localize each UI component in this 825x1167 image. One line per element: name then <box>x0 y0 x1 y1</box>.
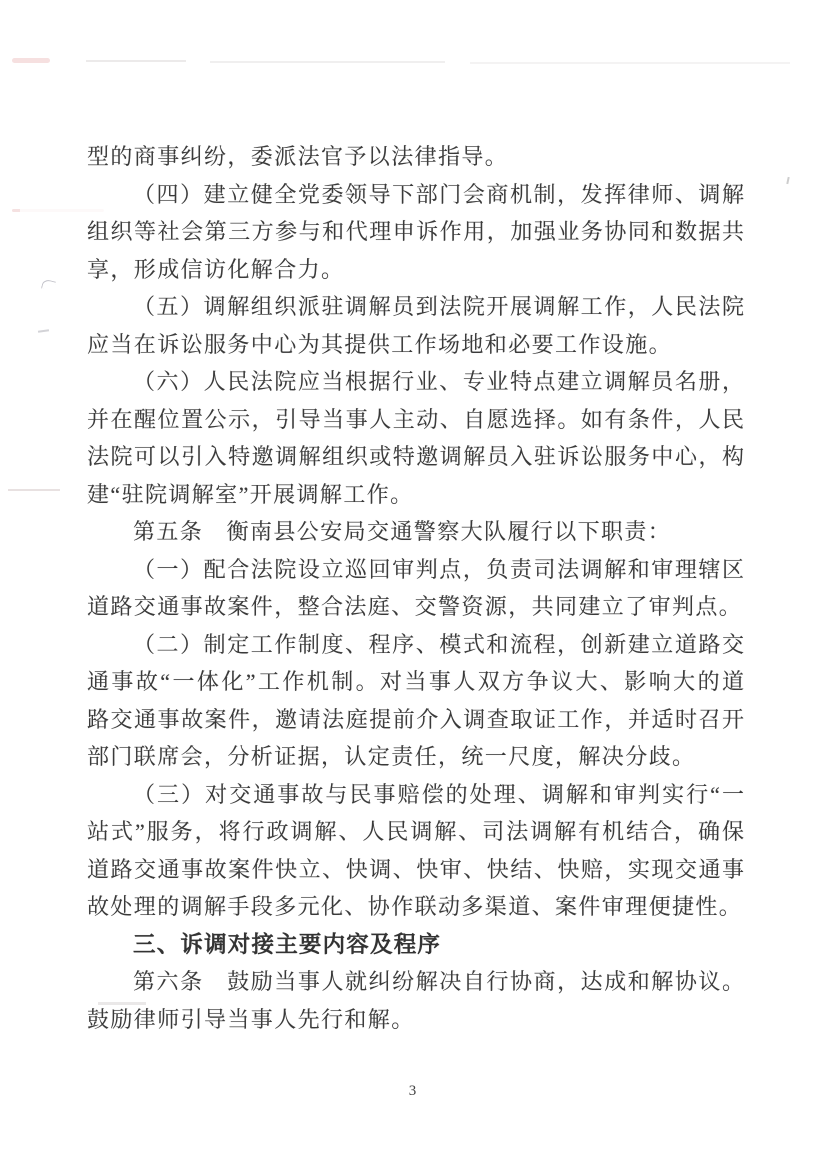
text-line: 鼓励律师引导当事人先行和解。 <box>87 1001 744 1039</box>
text-line: 法院可以引入特邀调解组织或特邀调解员入驻诉讼服务中心，构 <box>87 438 744 476</box>
text-line: （一）配合法院设立巡回审判点，负责司法调解和审理辖区 <box>87 551 744 589</box>
section-heading: 三、诉调对接主要内容及程序 <box>87 926 744 964</box>
text-line: 站式”服务，将行政调解、人民调解、司法调解有机结合，确保 <box>87 813 744 851</box>
text-line: （四）建立健全党委领导下部门会商机制，发挥律师、调解 <box>87 176 744 214</box>
scan-artifact-mark <box>38 329 49 333</box>
text-line: （三）对交通事故与民事赔偿的处理、调解和审判实行“一 <box>87 776 744 814</box>
scan-artifact-mark <box>41 279 56 292</box>
text-line: 型的商事纠纷，委派法官予以法律指导。 <box>87 138 744 176</box>
text-line: 故处理的调解手段多元化、协作联动多渠道、案件审理便捷性。 <box>87 888 744 926</box>
scan-artifact-line <box>210 61 445 63</box>
scan-artifact-line <box>86 60 186 62</box>
scanned-document-page: 型的商事纠纷，委派法官予以法律指导。（四）建立健全党委领导下部门会商机制，发挥律… <box>0 0 825 1167</box>
text-line: 通事故“一体化”工作机制。对当事人双方争议大、影响大的道 <box>87 663 744 701</box>
text-line: 第六条 鼓励当事人就纠纷解决自行协商，达成和解协议。 <box>87 963 744 1001</box>
scan-artifact-smudge <box>12 58 50 63</box>
text-line: 并在醒位置公示，引导当事人主动、自愿选择。如有条件，人民 <box>87 401 744 439</box>
document-body: 型的商事纠纷，委派法官予以法律指导。（四）建立健全党委领导下部门会商机制，发挥律… <box>87 138 744 1038</box>
page-number: 3 <box>0 1083 825 1100</box>
scan-artifact-mark <box>786 177 789 184</box>
text-line: 建“驻院调解室”开展调解工作。 <box>87 476 744 514</box>
text-line: （二）制定工作制度、程序、模式和流程，创新建立道路交 <box>87 626 744 664</box>
text-line: 享，形成信访化解合力。 <box>87 251 744 289</box>
text-line: 部门联席会，分析证据，认定责任，统一尺度，解决分歧。 <box>87 738 744 776</box>
text-line: 路交通事故案件，邀请法庭提前介入调查取证工作，并适时召开 <box>87 701 744 739</box>
text-line: 道路交通事故案件，整合法庭、交警资源，共同建立了审判点。 <box>87 588 744 626</box>
text-line: 第五条 衡南县公安局交通警察大队履行以下职责： <box>87 513 744 551</box>
text-line: 应当在诉讼服务中心为其提供工作场地和必要工作设施。 <box>87 326 744 364</box>
text-line: （五）调解组织派驻调解员到法院开展调解工作，人民法院 <box>87 288 744 326</box>
text-line: 组织等社会第三方参与和代理申诉作用，加强业务协同和数据共 <box>87 213 744 251</box>
text-line: （六）人民法院应当根据行业、专业特点建立调解员名册， <box>87 363 744 401</box>
scan-artifact-line <box>470 62 790 64</box>
scan-artifact-line <box>8 489 60 491</box>
text-line: 道路交通事故案件快立、快调、快审、快结、快赔，实现交通事 <box>87 851 744 889</box>
